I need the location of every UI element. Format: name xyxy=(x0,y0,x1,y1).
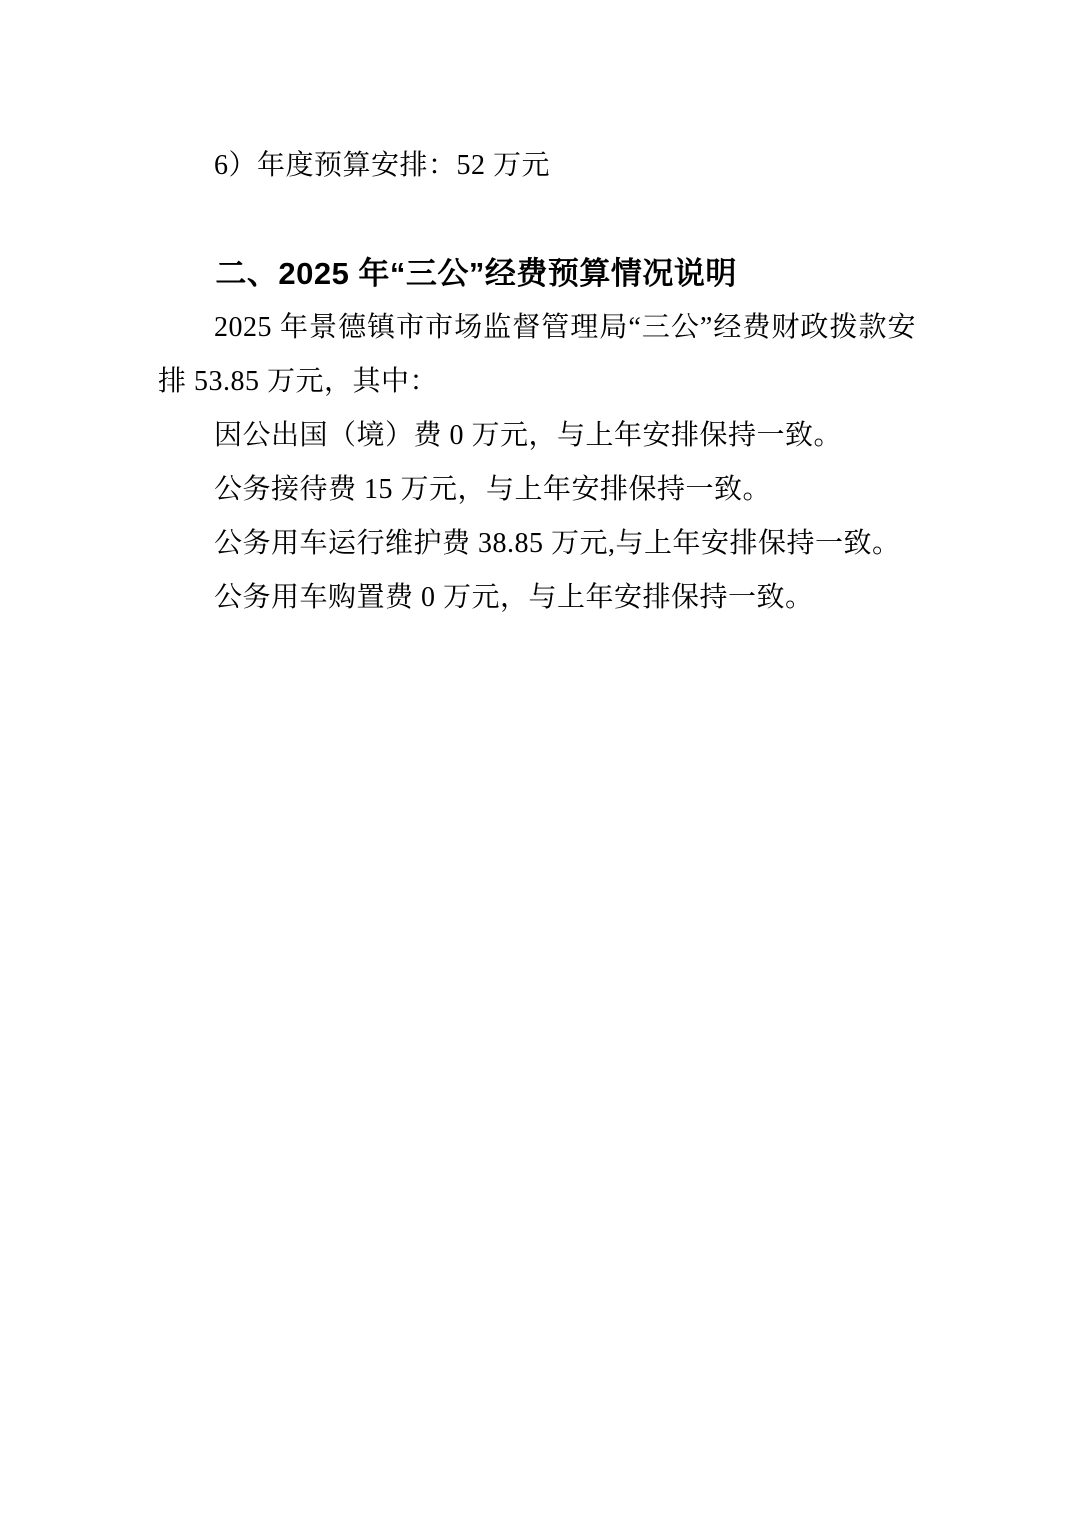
item-abroad-expense: 因公出国（境）费 0 万元，与上年安排保持一致。 xyxy=(158,409,916,463)
item-vehicle-purchase-expense: 公务用车购置费 0 万元，与上年安排保持一致。 xyxy=(158,571,916,625)
item-reception-expense: 公务接待费 15 万元，与上年安排保持一致。 xyxy=(158,463,916,517)
budget-arrangement-line: 6）年度预算安排：52 万元 xyxy=(158,139,916,193)
document-page: 6）年度预算安排：52 万元 二、2025 年“三公”经费预算情况说明 2025… xyxy=(0,0,1074,1520)
summary-paragraph: 2025 年景德镇市市场监督管理局“三公”经费财政拨款安排 53.85 万元，其… xyxy=(158,301,916,409)
document-content: 6）年度预算安排：52 万元 二、2025 年“三公”经费预算情况说明 2025… xyxy=(158,139,916,625)
section-heading: 二、2025 年“三公”经费预算情况说明 xyxy=(158,247,916,301)
item-vehicle-maintenance-expense: 公务用车运行维护费 38.85 万元,与上年安排保持一致。 xyxy=(158,517,916,571)
